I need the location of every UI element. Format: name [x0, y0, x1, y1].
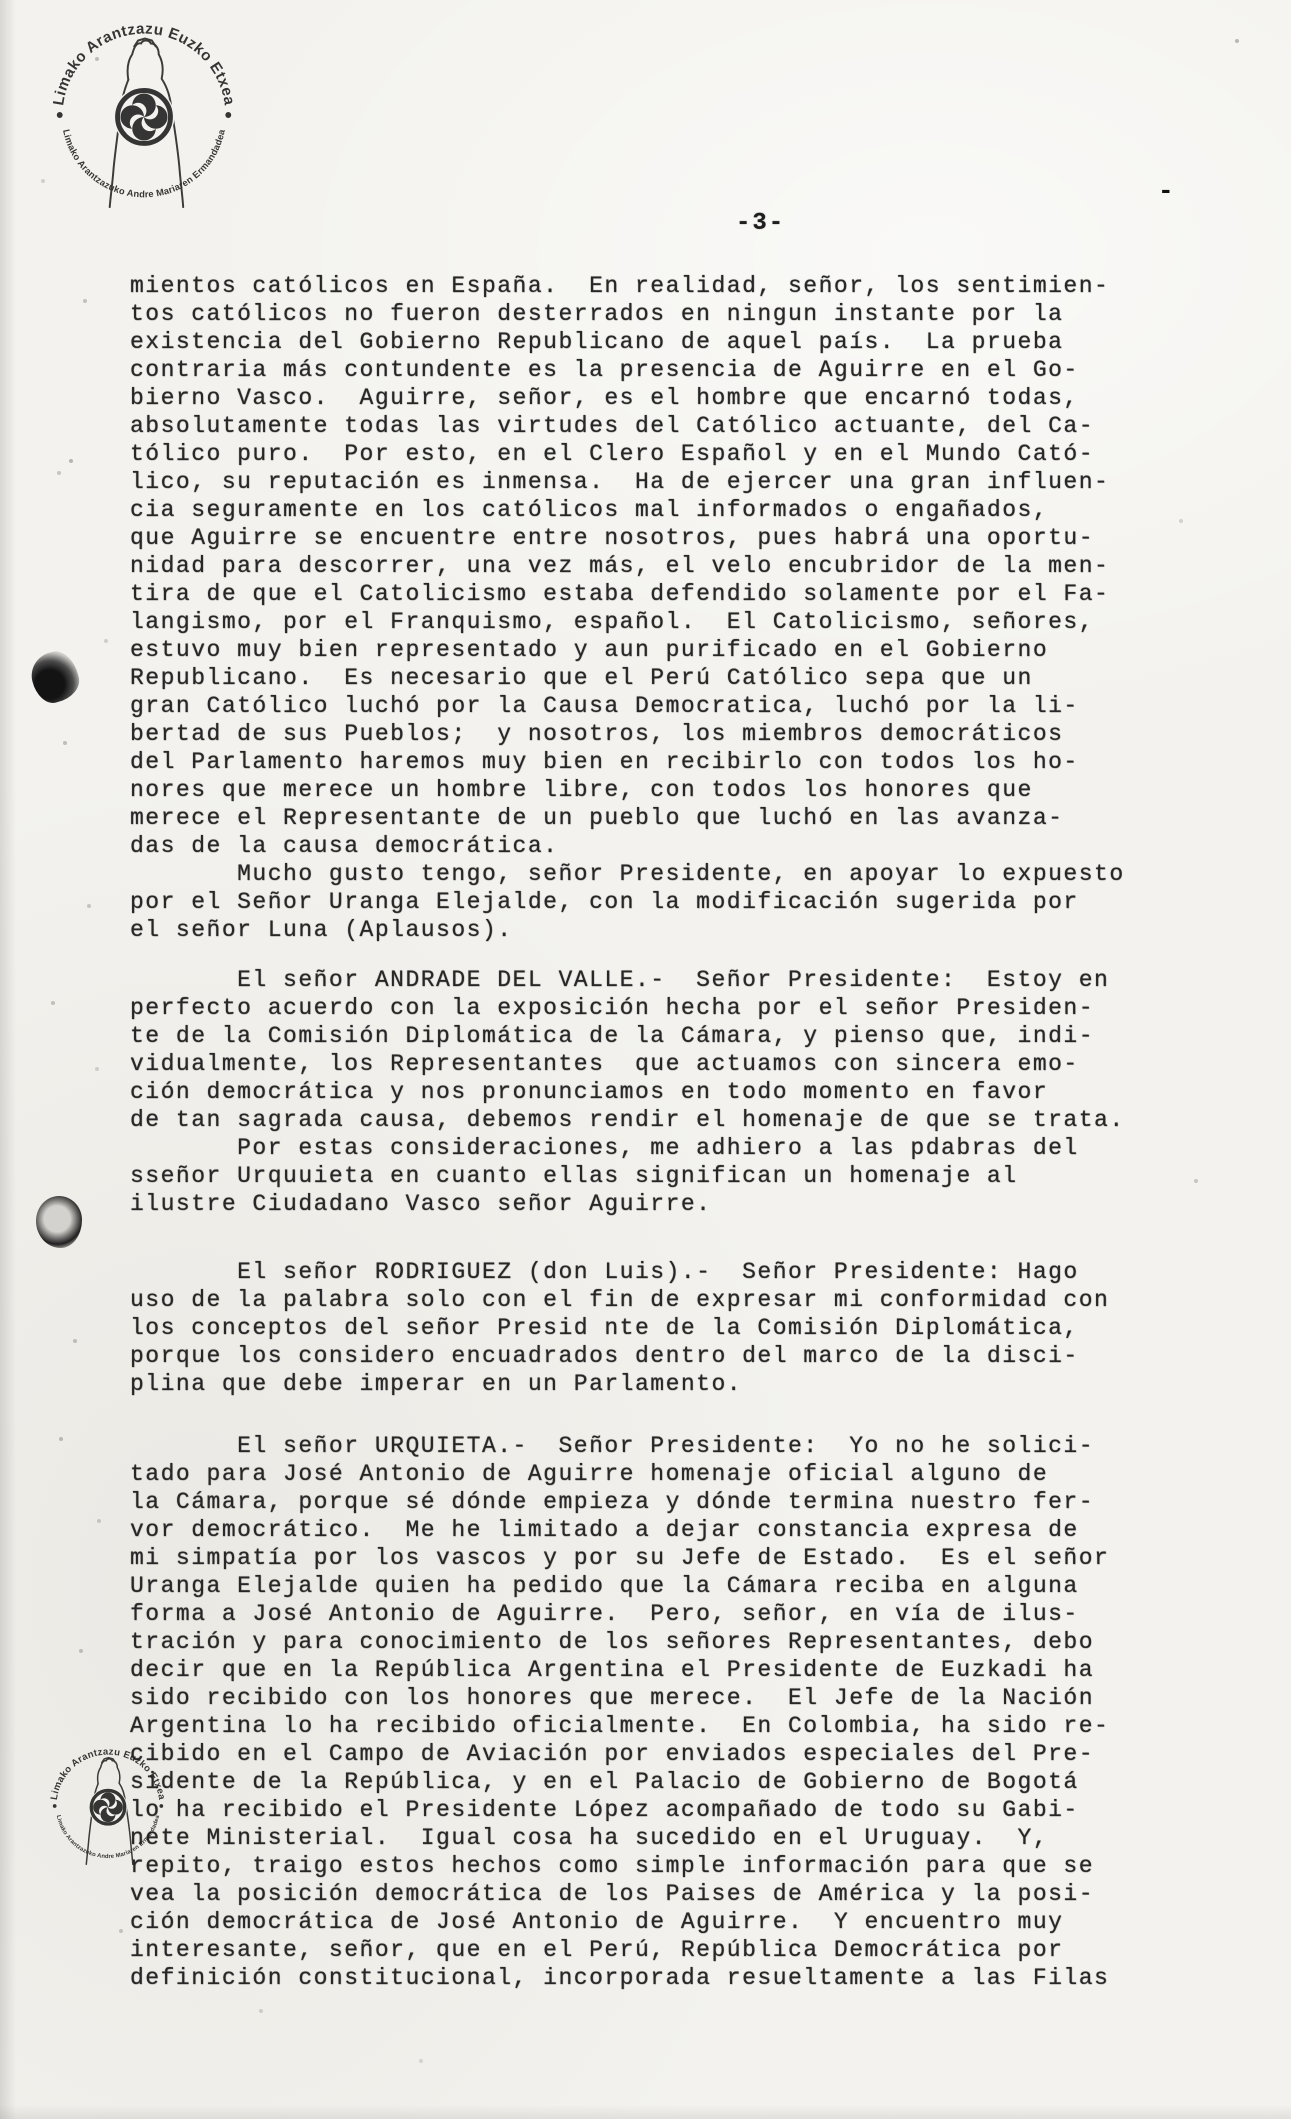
stray-ink-mark: - — [1158, 176, 1174, 206]
page-number: -3- — [736, 210, 785, 237]
stamp-separator-dot — [225, 112, 231, 118]
organization-stamp: Limako Arantzazu Euzko Etxea Limako Aran… — [46, 1740, 170, 1872]
lauburu-icon — [89, 1788, 127, 1826]
scanned-document-page: Limako Arantzazu Euzko Etxea Limako Aran… — [0, 0, 1291, 2119]
paragraph-continuation: mientos católicos en España. En realidad… — [130, 272, 1230, 860]
stamp-separator-dot — [53, 1804, 57, 1808]
stamp-separator-dot — [159, 1804, 163, 1808]
paragraph-urquieta: El señor URQUIETA.- Señor Presidente: Yo… — [130, 1432, 1230, 1992]
stamp-separator-dot — [57, 112, 63, 118]
scan-noise-speckles — [0, 0, 2, 2]
lauburu-icon — [114, 87, 175, 148]
typewritten-body: mientos católicos en España. En realidad… — [130, 272, 1230, 1992]
paragraph-andrade-del-valle: El señor ANDRADE DEL VALLE.- Señor Presi… — [130, 966, 1230, 1134]
paragraph-closing-remark: Mucho gusto tengo, señor Presidente, en … — [130, 860, 1230, 944]
hole-punch-mark — [36, 1196, 82, 1248]
paragraph-adhesion: Por estas consideraciones, me adhiero a … — [130, 1134, 1230, 1218]
organization-stamp: Limako Arantzazu Euzko Etxea Limako Aran… — [46, 10, 242, 220]
paragraph-rodriguez: El señor RODRIGUEZ (don Luis).- Señor Pr… — [130, 1258, 1230, 1398]
ink-blot-mark — [27, 647, 84, 707]
